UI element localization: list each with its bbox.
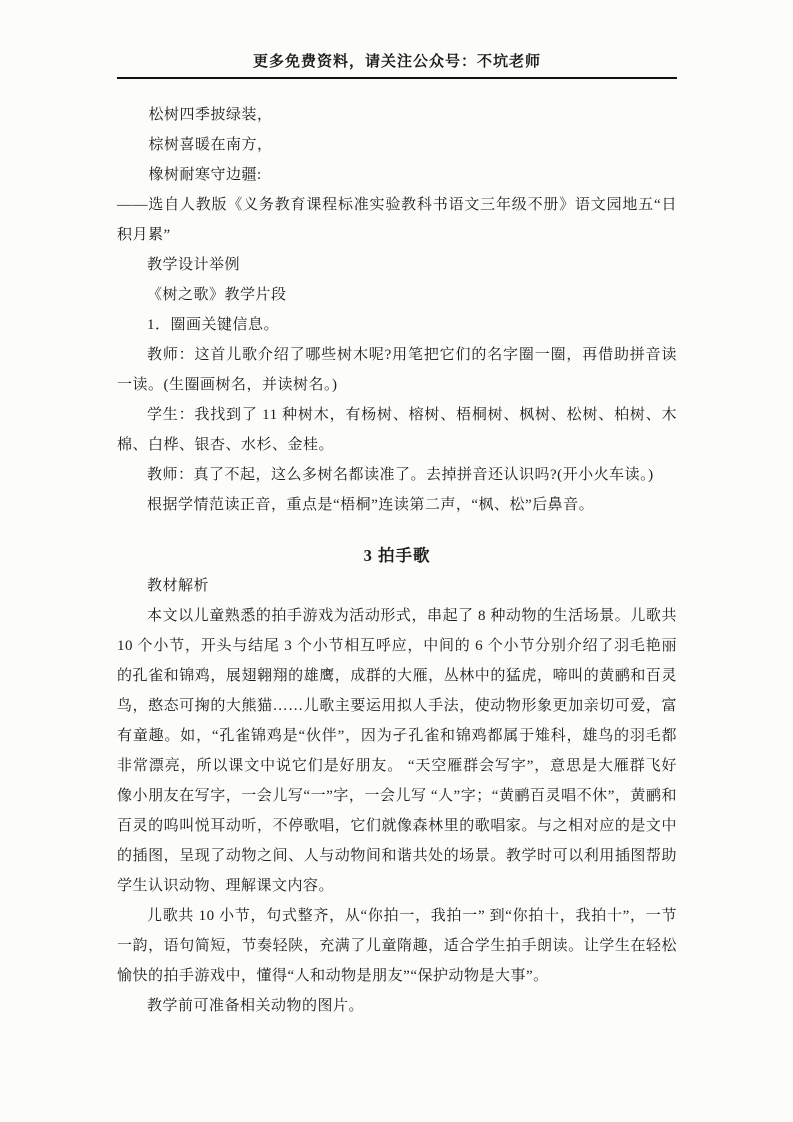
body-paragraph: 本文以儿童熟悉的拍手游戏为活动形式，串起了 8 种动物的生活场景。儿歌共 10 … <box>117 601 677 901</box>
verse-line: 橡树耐寒守边疆: <box>117 160 677 190</box>
document-page: 更多免费资料，请关注公众号：不坑老师 松树四季披绿装，棕树喜暖在南方，橡树耐寒守… <box>0 0 793 1122</box>
lesson-title: 3 拍手歌 <box>117 541 677 571</box>
source-attribution: ——选自人教版《义务教育课程标准实验教科书语文三年级不册》语文园地五“日积月累” <box>117 190 677 250</box>
body-paragraph: 教学前可准备相关动物的图片。 <box>117 991 677 1021</box>
document-body: 松树四季披绿装，棕树喜暖在南方，橡树耐寒守边疆:——选自人教版《义务教育课程标准… <box>117 100 677 1021</box>
body-paragraph: 学生：我找到了 11 种树木，有杨树、榕树、梧桐树、枫树、松树、柏树、木棉、白桦… <box>117 400 677 460</box>
body-paragraph: 教材解析 <box>117 571 677 601</box>
body-paragraph: 《树之歌》教学片段 <box>117 280 677 310</box>
body-paragraph: 教师：这首儿歌介绍了哪些树木呢?用笔把它们的名字圈一圈，再借助拼音读一读。(生圈… <box>117 340 677 400</box>
body-paragraph: 教师：真了不起，这么多树名都读准了。去掉拼音还认识吗?(开小火车读。) <box>117 460 677 490</box>
body-paragraph: 根据学情范读正音，重点是“梧桐”连读第二声，“枫、松”后鼻音。 <box>117 490 677 520</box>
header-notice: 更多免费资料，请关注公众号：不坑老师 <box>117 52 677 72</box>
body-paragraph: 教学设计举例 <box>117 250 677 280</box>
verse-line: 松树四季披绿装， <box>117 100 677 130</box>
body-paragraph: 儿歌共 10 小节，句式整齐，从“你拍一，我拍一” 到“你拍十，我拍十”，一节一… <box>117 901 677 991</box>
verse-line: 棕树喜暖在南方， <box>117 130 677 160</box>
page-header: 更多免费资料，请关注公众号：不坑老师 <box>117 52 677 79</box>
body-paragraph: 1．圈画关键信息。 <box>117 310 677 340</box>
